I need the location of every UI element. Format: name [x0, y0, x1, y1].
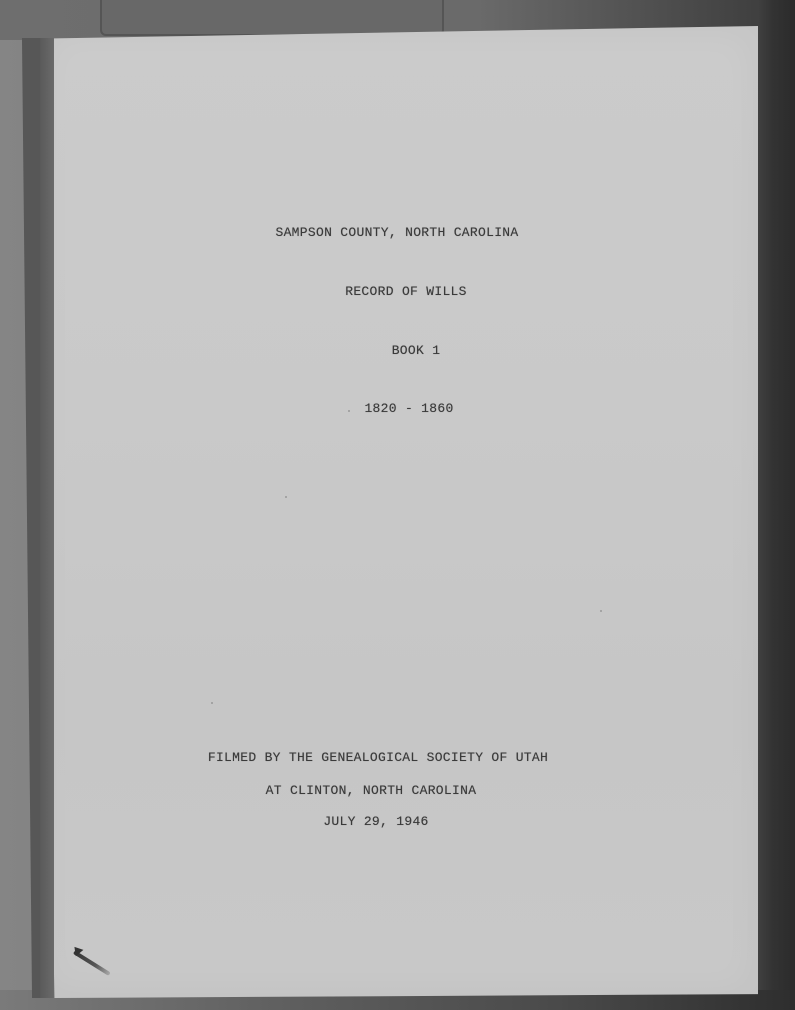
paper-speck: [211, 702, 213, 704]
page-left-edge: [40, 38, 54, 998]
date-range: 1820 - 1860: [50, 401, 768, 416]
paper-speck: [600, 610, 602, 612]
county-heading: SAMPSON COUNTY, NORTH CAROLINA: [38, 225, 756, 240]
paper-speck: [348, 410, 350, 412]
filming-date: JULY 29, 1946: [17, 814, 735, 829]
filming-location: AT CLINTON, NORTH CAROLINA: [12, 783, 730, 798]
filmed-by-line: FILMED BY THE GENEALOGICAL SOCIETY OF UT…: [19, 750, 737, 765]
document-page: [40, 26, 758, 998]
scan-background-right: [758, 0, 795, 1010]
record-title: RECORD OF WILLS: [47, 284, 765, 299]
book-number: BOOK 1: [57, 343, 775, 358]
paper-speck: [285, 496, 287, 498]
scan-frame-edge: [100, 0, 444, 36]
